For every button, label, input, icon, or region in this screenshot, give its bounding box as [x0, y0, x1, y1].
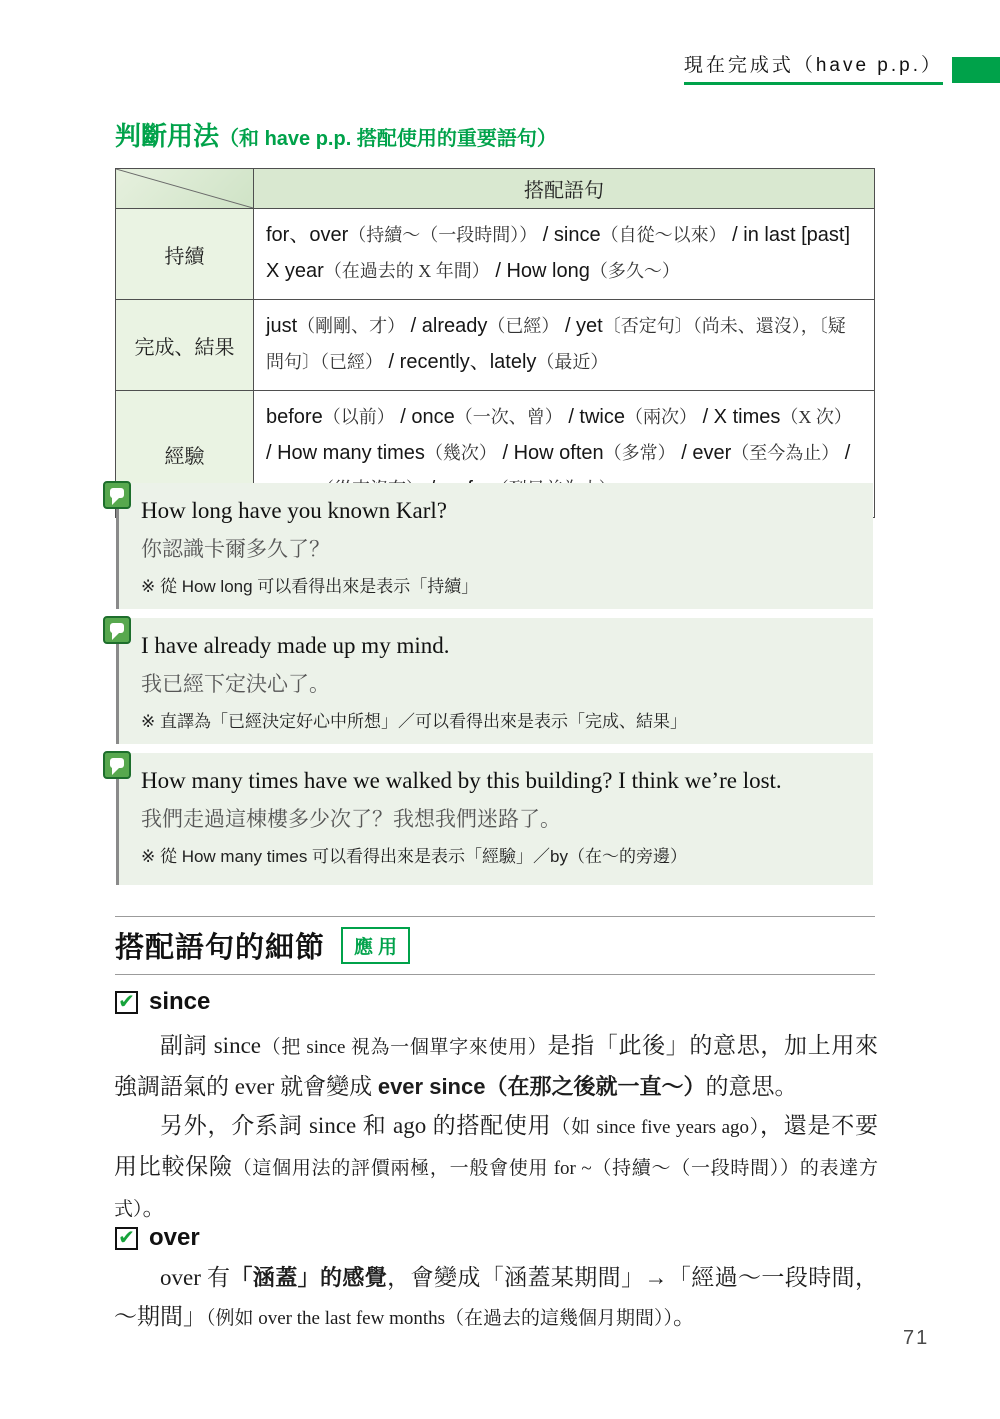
paragraph: 副詞 since（把 since 視為一個單字來使用）是指「此後」的意思，加上用… [114, 1026, 878, 1106]
example-translation: 你認識卡爾多久了？ [141, 535, 853, 563]
term-row-since: ✔ since [115, 988, 210, 1016]
example-translation: 我們走過這棟樓多少次了？我想我們迷路了。 [141, 805, 853, 833]
table-header-cell: 搭配語句 [254, 169, 875, 209]
divider [115, 974, 875, 975]
apply-badge: 應用 [341, 927, 410, 964]
row-content: for、over（持續～（一段時間）） / since（自從～以來） / in … [254, 209, 875, 300]
divider [115, 916, 875, 917]
speech-bubble-icon [103, 616, 131, 644]
paragraph: over 有「涵蓋」的感覺，會變成「涵蓋某期間」→「經過～一段時間，～期間」（例… [114, 1258, 878, 1338]
checked-checkbox-icon: ✔ [115, 1227, 138, 1250]
speech-bubble-icon [103, 481, 131, 509]
since-paragraphs: 副詞 since（把 since 視為一個單字來使用）是指「此後」的意思，加上用… [114, 1026, 878, 1229]
check-icon: ✔ [118, 991, 135, 1011]
section1-title: 判斷用法（和 have p.p. 搭配使用的重要語句） [115, 116, 557, 153]
example-note: ※ 直譯為「已經決定好心中所想」／可以看得出來是表示「完成、結果」 [141, 710, 853, 734]
term-row-over: ✔ over [115, 1224, 200, 1252]
section2-heading: 搭配語句的細節 應用 [115, 925, 410, 966]
example-english: How many times have we walked by this bu… [141, 766, 853, 796]
diagonal-line [116, 169, 253, 208]
term-label: over [149, 1224, 200, 1252]
checked-checkbox-icon: ✔ [115, 991, 138, 1014]
check-icon: ✔ [118, 1227, 135, 1247]
over-paragraphs: over 有「涵蓋」的感覺，會變成「涵蓋某期間」→「經過～一段時間，～期間」（例… [114, 1258, 878, 1338]
example-translation: 我已經下定決心了。 [141, 670, 853, 698]
header-green-tab [952, 57, 1000, 83]
table-corner-cell [116, 169, 254, 209]
table-row: 完成、結果 just（剛剛、才） / already（已經） / yet〔否定句… [116, 300, 875, 391]
page-header-title: 現在完成式（have p.p.） [684, 50, 943, 85]
page-number: 71 [903, 1327, 929, 1350]
example-box: How long have you known Karl? 你認識卡爾多久了？ … [116, 483, 873, 609]
paragraph: 另外，介系詞 since 和 ago 的搭配使用（如 since five ye… [114, 1106, 878, 1229]
example-english: How long have you known Karl? [141, 496, 853, 526]
speech-bubble-icon [103, 751, 131, 779]
section1-title-sub: （和 have p.p. 搭配使用的重要語句） [219, 128, 557, 150]
collocation-table: 搭配語句 持續 for、over（持續～（一段時間）） / since（自從～以… [115, 168, 875, 518]
example-box: I have already made up my mind. 我已經下定決心了… [116, 618, 873, 744]
table-row: 持續 for、over（持續～（一段時間）） / since（自從～以來） / … [116, 209, 875, 300]
section1-title-main: 判斷用法 [115, 121, 219, 151]
row-content: just（剛剛、才） / already（已經） / yet〔否定句〕（尚未、還… [254, 300, 875, 391]
example-box: How many times have we walked by this bu… [116, 753, 873, 885]
row-label: 持續 [116, 209, 254, 300]
row-label: 完成、結果 [116, 300, 254, 391]
table-header-row: 搭配語句 [116, 169, 875, 209]
section2-title: 搭配語句的細節 [115, 925, 325, 966]
term-label: since [149, 988, 210, 1016]
example-note: ※ 從 How long 可以看得出來是表示「持續」 [141, 575, 853, 599]
example-note: ※ 從 How many times 可以看得出來是表示「經驗」／by（在～的旁… [141, 845, 853, 869]
example-english: I have already made up my mind. [141, 631, 853, 661]
